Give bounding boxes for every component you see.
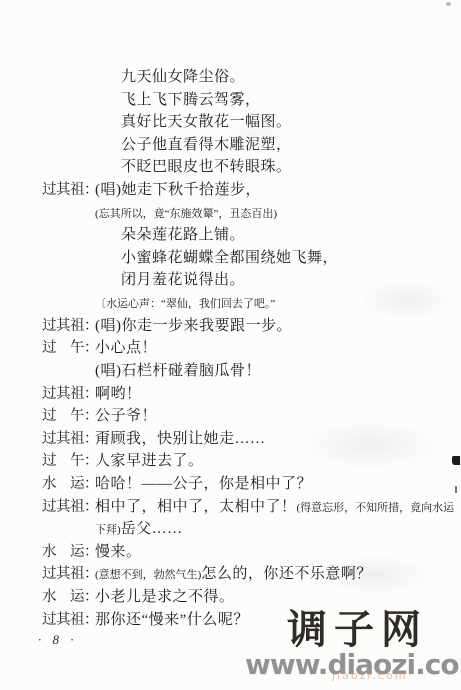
script-line: 飞上飞下腾云驾雾， bbox=[0, 89, 461, 112]
script-line: 过其祖：甭顾我，快别让她走…… bbox=[0, 428, 461, 451]
stage-direction: (忘其所以，竟“东施效颦”，丑态百出) bbox=[95, 208, 277, 220]
script-line: 水 运：小老儿是求之不得。 bbox=[0, 586, 461, 609]
dialogue-text: 闭月羞花说得出。 bbox=[121, 272, 245, 288]
dialogue-text: 公子爷！ bbox=[95, 408, 157, 424]
speaker-name: 过其祖： bbox=[42, 496, 95, 519]
speaker-name: 过 午： bbox=[42, 450, 95, 473]
script-line: 过 午：人家早进去了。 bbox=[0, 450, 461, 473]
speaker-name: 水 运： bbox=[42, 541, 95, 564]
script-line: 〔水运心声：“翠仙，我们回去了吧。” bbox=[0, 292, 461, 315]
stage-direction: (得意忘形，不知所措，竟向水运 bbox=[297, 502, 455, 514]
script-line: 过 午：小心点！ bbox=[0, 337, 461, 360]
margin-print-mark-small bbox=[455, 486, 457, 493]
script-line: 过其祖：相中了，相中了，太相中了！(得意忘形，不知所措，竟向水运 bbox=[0, 496, 461, 519]
scanned-book-page: 九天仙女降尘俗。飞上飞下腾云驾雾，真好比天女散花一幅图。公子他直看得木雕泥塑，不… bbox=[0, 0, 461, 690]
dialogue-text: 飞上飞下腾云驾雾， bbox=[121, 92, 261, 108]
script-line: 过其祖：啊哟！ bbox=[0, 383, 461, 406]
dialogue-text: 真好比天女散花一幅图。 bbox=[121, 114, 292, 130]
dialogue-text: 小蜜蜂花蝴蝶全都围绕她飞舞， bbox=[121, 250, 338, 266]
script-line: 过 午：公子爷！ bbox=[0, 405, 461, 428]
speaker-name: 过 午： bbox=[42, 405, 95, 428]
speaker-name: 过 午： bbox=[42, 337, 95, 360]
speaker-name: 水 运： bbox=[42, 473, 95, 496]
speaker-name: 过其祖： bbox=[42, 315, 95, 338]
script-line: 过其祖：(唱)你走一步来我要跟一步。 bbox=[0, 315, 461, 338]
dialogue-text: 那你还“慢来”什么呢？ bbox=[95, 612, 249, 628]
script-lines: 九天仙女降尘俗。飞上飞下腾云驾雾，真好比天女散花一幅图。公子他直看得木雕泥塑，不… bbox=[0, 66, 461, 631]
script-line: 闭月羞花说得出。 bbox=[0, 269, 461, 292]
dialogue-text: (唱)你走一步来我要跟一步。 bbox=[95, 318, 292, 334]
script-line: 九天仙女降尘俗。 bbox=[0, 66, 461, 89]
stage-direction: 下拜) bbox=[95, 524, 121, 536]
margin-print-mark bbox=[452, 456, 460, 465]
dialogue-text: (唱)她走下秋千拾莲步， bbox=[95, 182, 261, 198]
dialogue-text: 岳父…… bbox=[121, 521, 183, 537]
dialogue-text: 不眨巴眼皮也不转眼珠。 bbox=[121, 159, 292, 175]
stage-direction: 〔水运心声：“翠仙，我们回去了吧。” bbox=[95, 298, 275, 310]
dialogue-text: 九天仙女降尘俗。 bbox=[121, 69, 245, 85]
dialogue-text: 相中了，相中了，太相中了！ bbox=[95, 499, 297, 515]
dialogue-text: 啊哟！ bbox=[95, 386, 142, 402]
script-line: 真好比天女散花一幅图。 bbox=[0, 111, 461, 134]
stage-direction: (意想不到，勃然气生) bbox=[95, 569, 201, 581]
speaker-name: 过其祖： bbox=[42, 383, 95, 406]
dialogue-text: 哈哈！——公子，你是相中了？ bbox=[95, 476, 312, 492]
script-line: 水 运：哈哈！——公子，你是相中了？ bbox=[0, 473, 461, 496]
corner-scan-speck bbox=[446, 2, 451, 6]
dialogue-text: 慢来。 bbox=[95, 544, 142, 560]
page-number: · 8 · bbox=[38, 632, 78, 648]
watermark-faint-overlay: jiaozi.com bbox=[332, 669, 407, 682]
script-line: 过其祖：(唱)她走下秋千拾莲步， bbox=[0, 179, 461, 202]
dialogue-text: 公子他直看得木雕泥塑， bbox=[121, 137, 292, 153]
dialogue-text: 小心点！ bbox=[95, 340, 157, 356]
dialogue-text: 朵朵莲花路上铺。 bbox=[121, 227, 245, 243]
script-line: 水 运：慢来。 bbox=[0, 541, 461, 564]
script-line: 过其祖：(意想不到，勃然气生)怎么的，你还不乐意啊？ bbox=[0, 563, 461, 586]
watermark-site-name: 调子网 bbox=[287, 608, 428, 652]
speaker-name: 过其祖： bbox=[42, 563, 95, 586]
speaker-name: 水 运： bbox=[42, 586, 95, 609]
script-line: 朵朵莲花路上铺。 bbox=[0, 224, 461, 247]
dialogue-text: (唱)石栏杆碰着脑瓜骨！ bbox=[95, 363, 261, 379]
speaker-name: 过其祖： bbox=[42, 179, 95, 202]
script-line: 公子他直看得木雕泥塑， bbox=[0, 134, 461, 157]
dialogue-text: 怎么的，你还不乐意啊？ bbox=[201, 566, 372, 582]
script-line: 不眨巴眼皮也不转眼珠。 bbox=[0, 156, 461, 179]
dialogue-text: 小老儿是求之不得。 bbox=[95, 589, 235, 605]
script-line: (唱)石栏杆碰着脑瓜骨！ bbox=[0, 360, 461, 383]
script-line: (忘其所以，竟“东施效颦”，丑态百出) bbox=[0, 202, 461, 225]
dialogue-text: 甭顾我，快别让她走…… bbox=[95, 431, 266, 447]
speaker-name: 过其祖： bbox=[42, 609, 95, 632]
script-line: 下拜)岳父…… bbox=[0, 518, 461, 541]
dialogue-text: 人家早进去了。 bbox=[95, 453, 204, 469]
speaker-name: 过其祖： bbox=[42, 428, 95, 451]
script-line: 小蜜蜂花蝴蝶全都围绕她飞舞， bbox=[0, 247, 461, 270]
